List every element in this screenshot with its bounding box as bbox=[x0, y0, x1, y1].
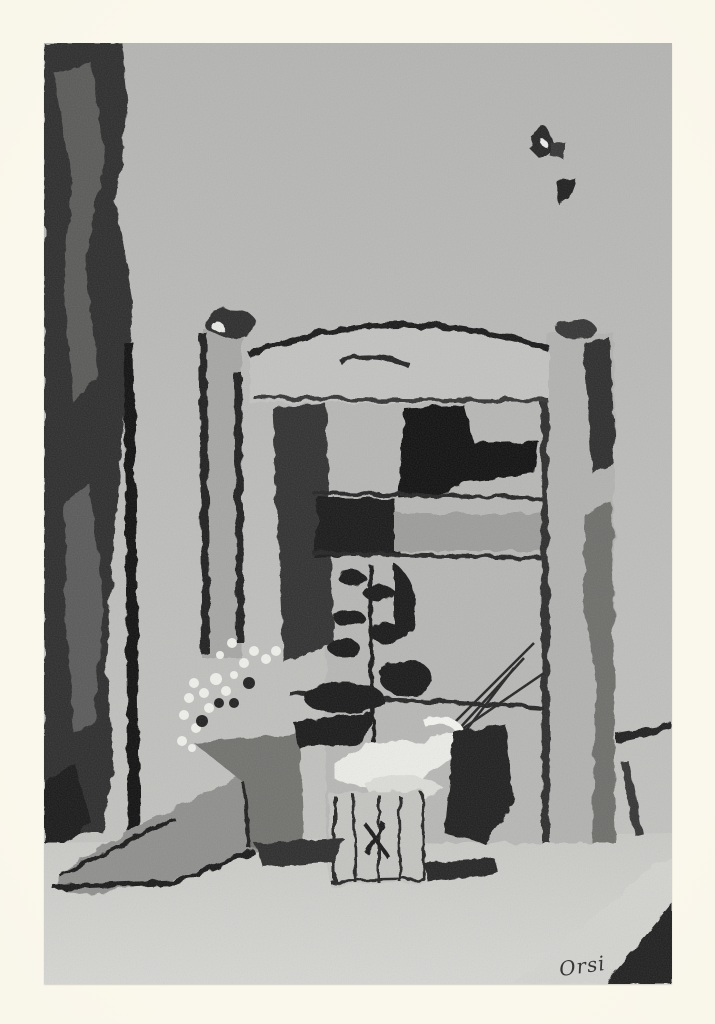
painting-canvas bbox=[44, 43, 672, 984]
photo-grain bbox=[44, 43, 672, 984]
painting-photograph: Orsi bbox=[44, 43, 672, 984]
